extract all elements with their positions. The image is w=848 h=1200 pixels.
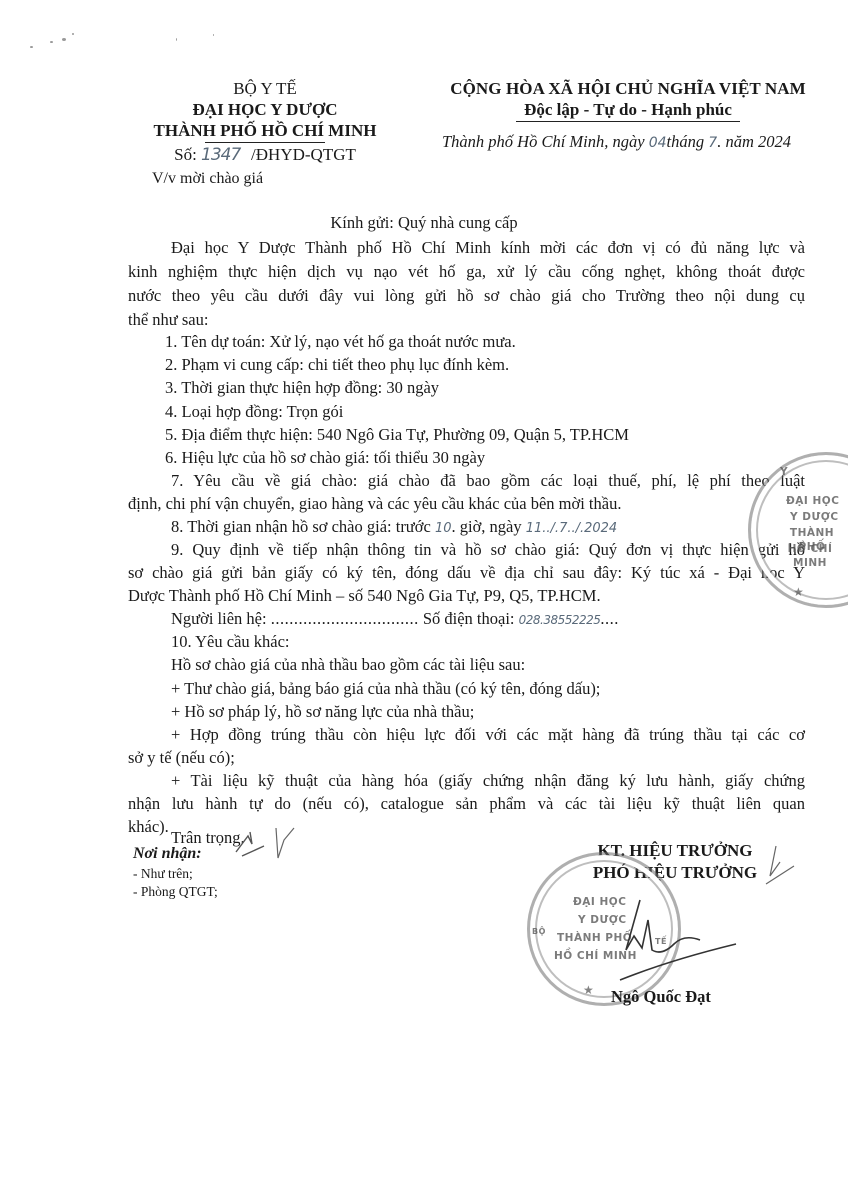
date-month-handwritten: 7 (708, 135, 717, 151)
phone-dots: .... (600, 609, 619, 628)
item-6: 6. Hiệu lực của hồ sơ chào giá: tối thiể… (165, 448, 485, 468)
contact-blank: ................................ (271, 609, 419, 628)
national-motto: Độc lập - Tự do - Hạnh phúc (438, 99, 818, 120)
seal-text-top: Y (780, 465, 788, 479)
docs-intro: Hồ sơ chào giá của nhà thầu bao gồm các … (171, 655, 525, 675)
seal-star-icon: ★ (793, 585, 804, 600)
doc-item-c: + Hợp đồng trúng thầu còn hiệu lực đối v… (171, 725, 805, 745)
item-7-cont: định, chi phí vận chuyển, giao hàng và c… (128, 494, 621, 514)
ministry-name: BỘ Y TẾ (130, 78, 400, 99)
doc-item-a: + Thư chào giá, bảng báo giá của nhà thầ… (171, 679, 600, 699)
seal-text-line2: Y DƯỢC (790, 510, 839, 524)
doc-item-d-cont: khác). (128, 817, 169, 837)
doc-number-handwritten: 1347 (201, 144, 251, 166)
seal-star-icon: ★ (583, 983, 594, 998)
phone-label: Số điện thoại: (423, 609, 515, 628)
doc-item-c-cont: sở y tế (nếu có); (128, 748, 235, 768)
national-header: CỘNG HÒA XÃ HỘI CHỦ NGHĨA VIỆT NAM Độc l… (438, 78, 818, 122)
item-2: 2. Phạm vi cung cấp: chi tiết theo phụ l… (165, 355, 509, 375)
item-9-cont: Dược Thành phố Hồ Chí Minh – số 540 Ngô … (128, 586, 601, 606)
recipient-item: - Như trên; (133, 866, 193, 882)
deadline-hour-handwritten: 10 (435, 521, 452, 536)
scan-speck (176, 38, 177, 41)
scan-speck (72, 33, 74, 35)
seal-text-line4: HỒ CHÍ MINH (772, 542, 848, 570)
scan-speck (62, 38, 66, 41)
recipients-title: Nơi nhận: (133, 845, 202, 863)
header-divider (205, 142, 325, 143)
initials-signature-icon (228, 822, 298, 862)
doc-item-b: + Hồ sơ pháp lý, hồ sơ năng lực của nhà … (171, 702, 474, 722)
item-1: 1. Tên dự toán: Xử lý, nạo vét hố ga tho… (165, 332, 516, 352)
date-year: năm 2024 (725, 132, 791, 151)
item-8: 8. Thời gian nhận hồ sơ chào giá: trước … (171, 517, 617, 539)
date-month-label: tháng (667, 132, 705, 151)
seal-text-line1: ĐẠI HỌC (786, 494, 839, 508)
deadline-date-handwritten: 11../.7../.2024 (526, 521, 617, 536)
item-8-mid: giờ, ngày (460, 517, 522, 536)
university-name-line2: THÀNH PHỐ HỒ CHÍ MINH (130, 120, 400, 141)
approval-initials-icon (760, 842, 800, 892)
item-7: 7. Yêu cầu về giá chào: giá chào đã bao … (171, 471, 805, 491)
item-3: 3. Thời gian thực hiện hợp đồng: 30 ngày (165, 378, 439, 398)
contact-label: Người liên hệ: (171, 609, 267, 628)
scan-speck (213, 34, 214, 36)
subject-line: V/v mời chào giá (152, 170, 263, 188)
item-4: 4. Loại hợp đồng: Trọn gói (165, 402, 343, 422)
contact-line: Người liên hệ: .........................… (171, 609, 619, 630)
recipient-item: - Phòng QTGT; (133, 884, 218, 900)
handwritten-signature-icon (600, 890, 740, 1000)
seal-text-left: BỘ (532, 925, 546, 939)
doc-number-label: Số: (174, 145, 197, 164)
signatory-name: Ngô Quốc Đạt (611, 987, 711, 1007)
doc-item-d-cont: nhận lưu hành tự do (nếu có), catalogue … (128, 794, 805, 814)
intro-line: nước theo yêu cầu dưới đây vui lòng gửi … (128, 286, 805, 306)
intro-line: thể như sau: (128, 310, 208, 330)
doc-item-d: + Tài liệu kỹ thuật của hàng hóa (giấy c… (171, 771, 805, 791)
document-number: Số: 1347/ĐHYD-QTGT (130, 144, 400, 166)
item-9-cont: sơ chào giá gửi bản giấy có ký tên, đóng… (128, 563, 805, 583)
issue-date: Thành phố Hồ Chí Minh, ngày 04tháng 7. n… (442, 132, 791, 152)
doc-number-suffix: /ĐHYD-QTGT (251, 145, 356, 164)
scan-speck (50, 41, 53, 43)
intro-line: kinh nghiệm thực hiện dịch vụ nạo vét hố… (128, 262, 805, 282)
date-day-handwritten: 04 (649, 135, 667, 151)
salutation: Kính gửi: Quý nhà cung cấp (0, 213, 848, 233)
motto-underline (516, 121, 740, 122)
item-10: 10. Yêu cầu khác: (171, 632, 290, 652)
item-8-label: 8. Thời gian nhận hồ sơ chào giá: trước (171, 517, 431, 536)
country-name: CỘNG HÒA XÃ HỘI CHỦ NGHĨA VIỆT NAM (438, 78, 818, 99)
item-9: 9. Quy định về tiếp nhận thông tin và hồ… (171, 540, 805, 560)
date-prefix: Thành phố Hồ Chí Minh, ngày (442, 132, 645, 151)
phone-handwritten: 028.38552225 (519, 613, 601, 627)
issuer-block: BỘ Y TẾ ĐẠI HỌC Y DƯỢC THÀNH PHỐ HỒ CHÍ … (130, 78, 400, 166)
scan-speck (30, 46, 33, 48)
university-name-line1: ĐẠI HỌC Y DƯỢC (130, 99, 400, 120)
item-5: 5. Địa điểm thực hiện: 540 Ngô Gia Tự, P… (165, 425, 629, 445)
intro-line: Đại học Y Dược Thành phố Hồ Chí Minh kín… (171, 238, 805, 258)
